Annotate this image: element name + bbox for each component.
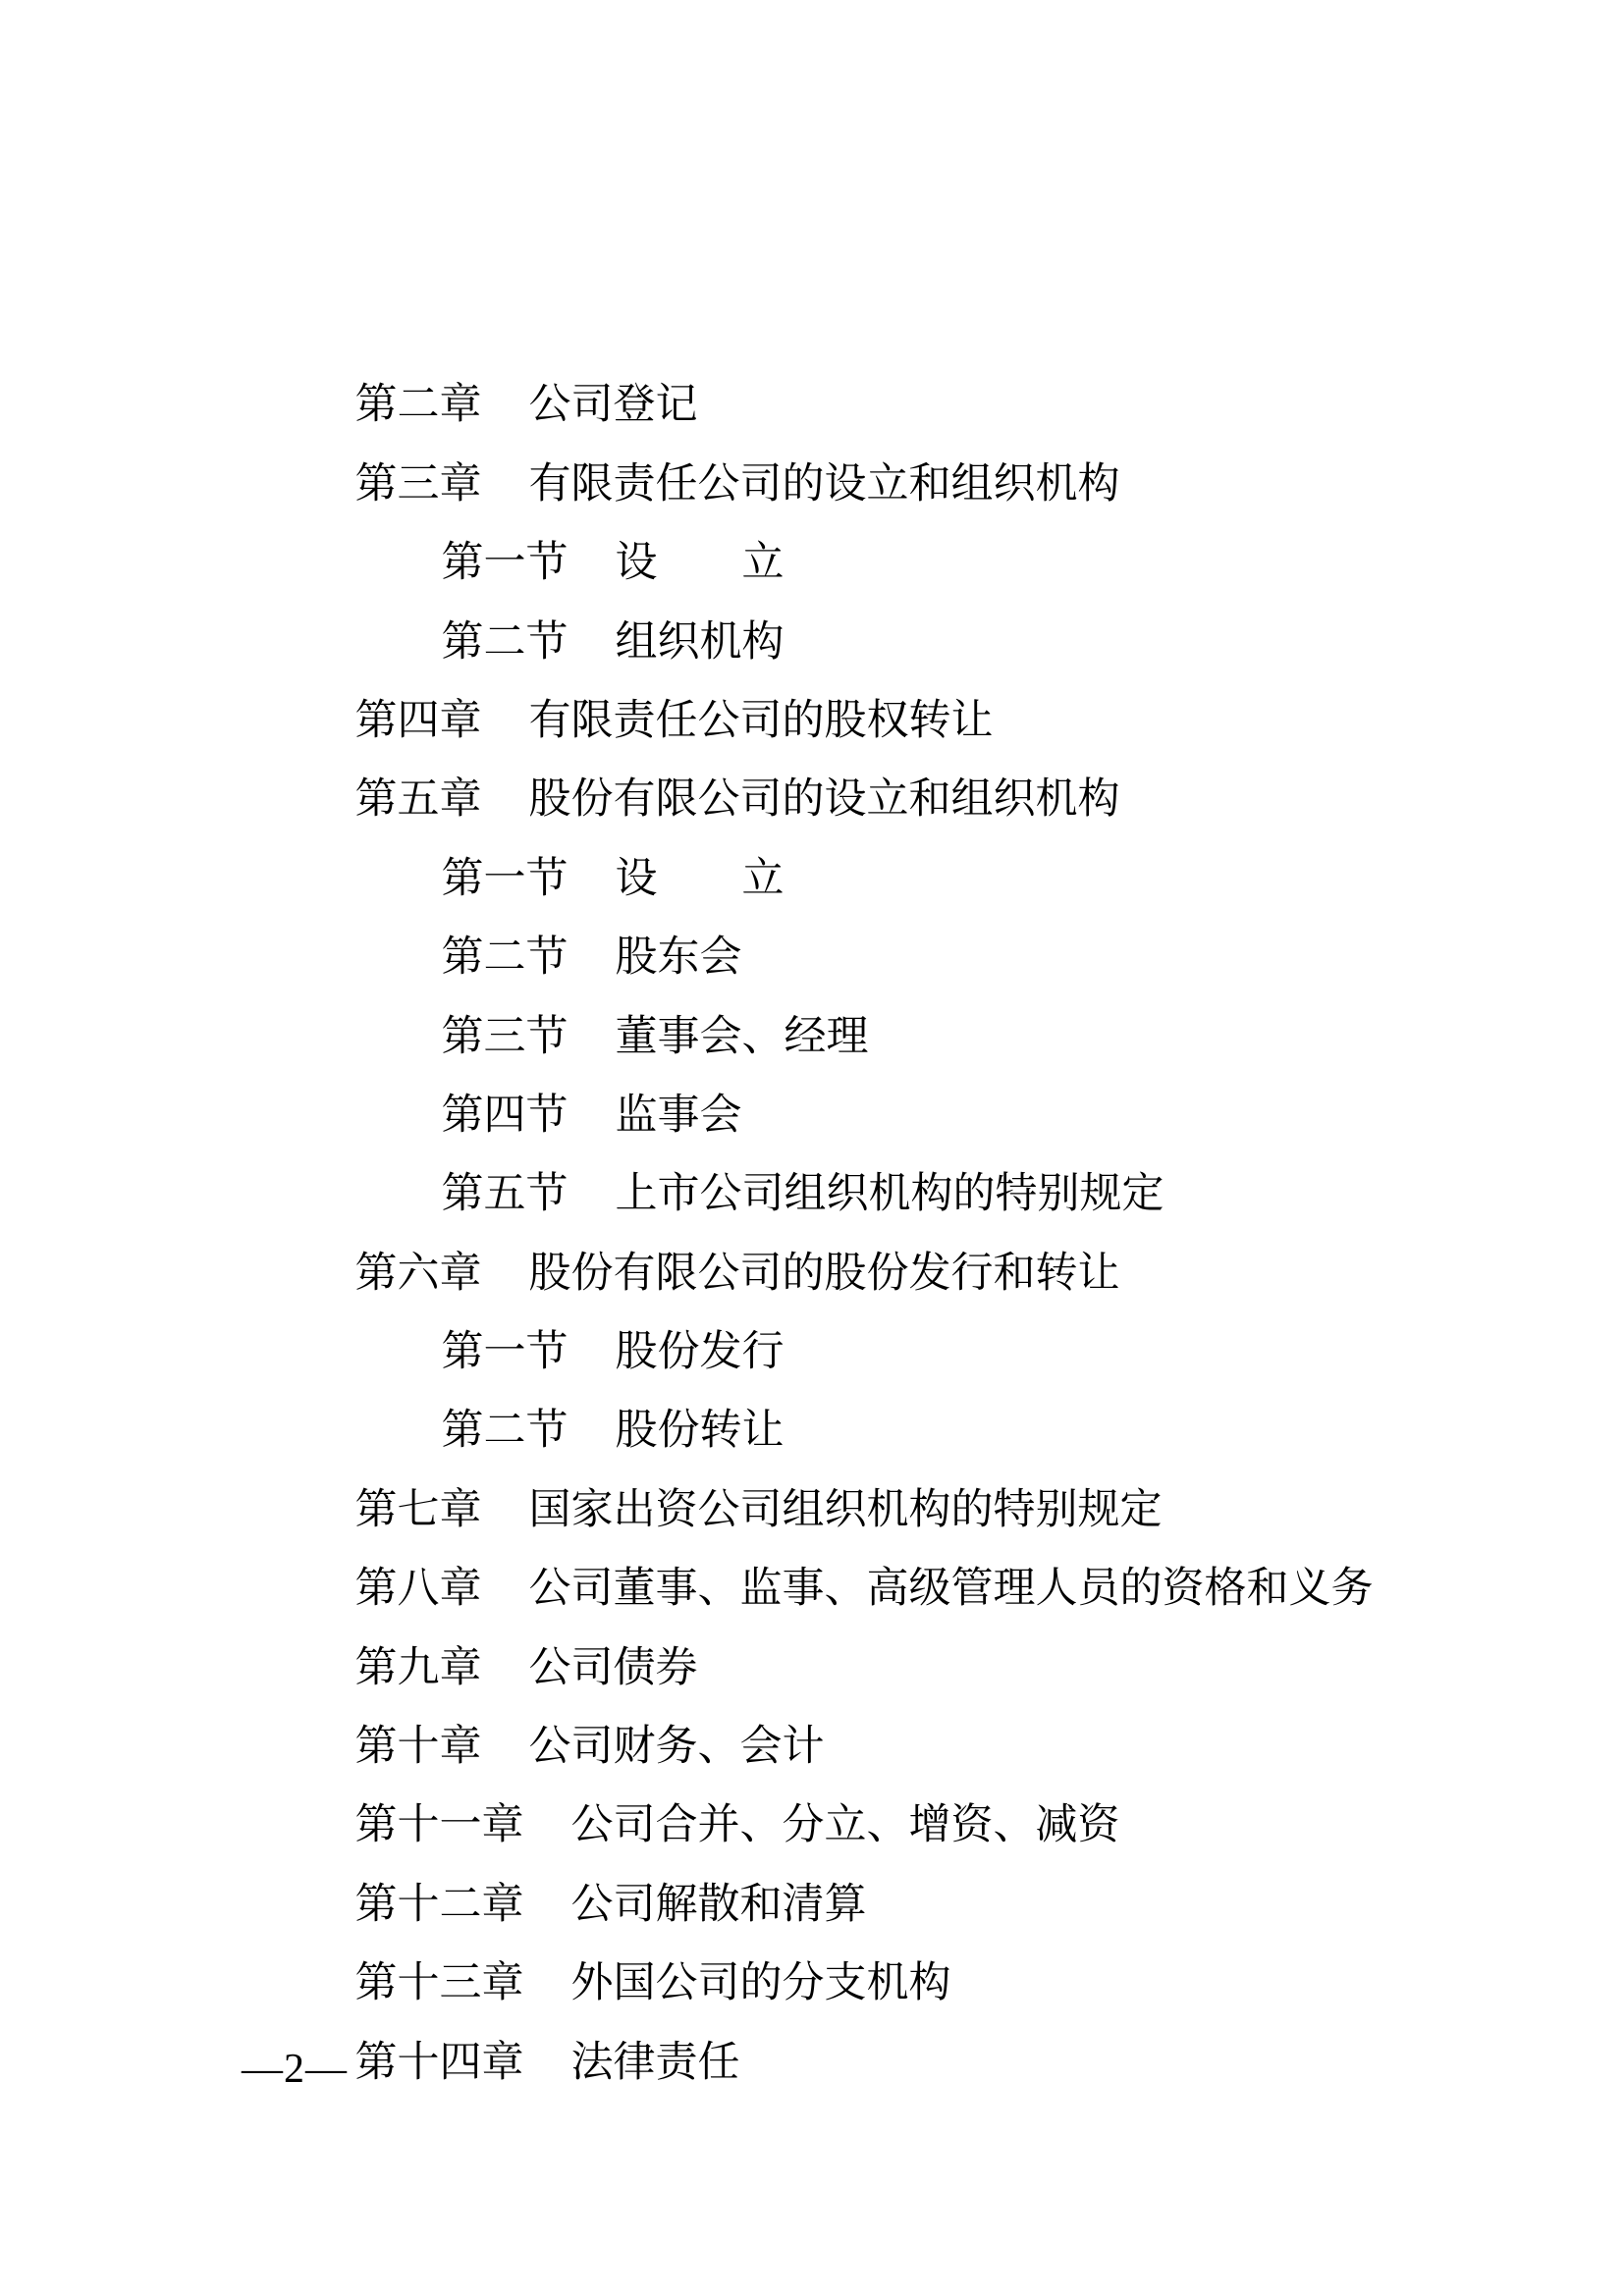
toc-entry-label: 第一节 <box>442 540 568 586</box>
toc-entry-title: 国家出资公司组织机构的特别规定 <box>529 1487 1163 1533</box>
toc-chapter-2: 第二章公司登记 <box>0 288 1624 366</box>
toc-entry-label: 第十章 <box>355 1724 482 1770</box>
toc-entry-title: 有限责任公司的股权转让 <box>529 698 994 744</box>
toc-entry-title: 董事会、经理 <box>616 1014 869 1060</box>
toc-entry-label: 第三节 <box>442 1014 568 1060</box>
toc-entry-label: 第七章 <box>355 1487 482 1533</box>
toc-entry-label: 第十三章 <box>355 1960 524 2006</box>
toc-chapter-6-section-2: 第二节股份转让 <box>0 1313 1624 1392</box>
page-number: —2— <box>242 2049 348 2090</box>
toc-entry-title: 股份转让 <box>616 1408 785 1454</box>
toc-entry-label: 第九章 <box>355 1645 482 1691</box>
toc-entry-title: 公司解散和清算 <box>571 1882 867 1928</box>
table-of-contents: 第二章公司登记 第三章有限责任公司的设立和组织机构 第一节设 立 第二节组织机构… <box>0 288 1624 2024</box>
toc-chapter-5-section-3: 第三节董事会、经理 <box>0 919 1624 997</box>
toc-entry-title: 设 立 <box>616 540 785 586</box>
toc-entry-label: 第五节 <box>442 1171 568 1217</box>
toc-entry-title: 法律责任 <box>571 2040 740 2086</box>
toc-entry-title: 公司财务、会计 <box>529 1724 825 1770</box>
toc-entry-title: 股份有限公司的设立和组织机构 <box>529 776 1120 823</box>
toc-chapter-5-section-5: 第五节上市公司组织机构的特别规定 <box>0 1077 1624 1155</box>
toc-entry-label: 第六章 <box>355 1251 482 1297</box>
toc-entry-label: 第二节 <box>442 619 568 666</box>
toc-entry-label: 第一节 <box>442 1329 568 1375</box>
toc-entry-label: 第二节 <box>442 934 568 981</box>
toc-chapter-4: 第四章有限责任公司的股权转让 <box>0 604 1624 682</box>
toc-entry-title: 股份发行 <box>616 1329 785 1375</box>
toc-entry-title: 有限责任公司的设立和组织机构 <box>529 461 1120 507</box>
toc-entry-label: 第十一章 <box>355 1802 524 1848</box>
toc-entry-title: 外国公司的分支机构 <box>571 1960 951 2006</box>
toc-chapter-5-section-2: 第二节股东会 <box>0 840 1624 919</box>
toc-entry-label: 第四节 <box>442 1093 568 1139</box>
toc-entry-label: 第一节 <box>442 856 568 902</box>
toc-chapter-10: 第十章公司财务、会计 <box>0 1629 1624 1708</box>
toc-entry-title: 组织机构 <box>616 619 785 666</box>
toc-entry-title: 监事会 <box>616 1093 742 1139</box>
toc-entry-label: 第三章 <box>355 461 482 507</box>
toc-entry-label: 第十四章 <box>355 2040 524 2086</box>
toc-entry-title: 公司合并、分立、增资、减资 <box>571 1802 1120 1848</box>
toc-chapter-7: 第七章国家出资公司组织机构的特别规定 <box>0 1392 1624 1470</box>
toc-entry-label: 第二章 <box>355 382 482 428</box>
toc-entry-label: 第五章 <box>355 776 482 823</box>
toc-entry-label: 第二节 <box>442 1408 568 1454</box>
toc-entry-label: 第四章 <box>355 698 482 744</box>
document-page: 第二章公司登记 第三章有限责任公司的设立和组织机构 第一节设 立 第二节组织机构… <box>0 0 1624 2296</box>
toc-entry-title: 公司登记 <box>529 382 698 428</box>
toc-chapter-3-section-2: 第二节组织机构 <box>0 524 1624 603</box>
toc-entry-title: 公司债券 <box>529 1645 698 1691</box>
toc-entry-label: 第八章 <box>355 1566 482 1612</box>
toc-entry-title: 设 立 <box>616 856 785 902</box>
toc-entry-title: 股东会 <box>616 934 742 981</box>
toc-chapter-3: 第三章有限责任公司的设立和组织机构 <box>0 366 1624 445</box>
toc-entry-title: 股份有限公司的股份发行和转让 <box>529 1251 1120 1297</box>
toc-entry-label: 第十二章 <box>355 1882 524 1928</box>
toc-entry-title: 上市公司组织机构的特别规定 <box>616 1171 1164 1217</box>
toc-entry-title: 公司董事、监事、高级管理人员的资格和义务 <box>529 1566 1374 1612</box>
